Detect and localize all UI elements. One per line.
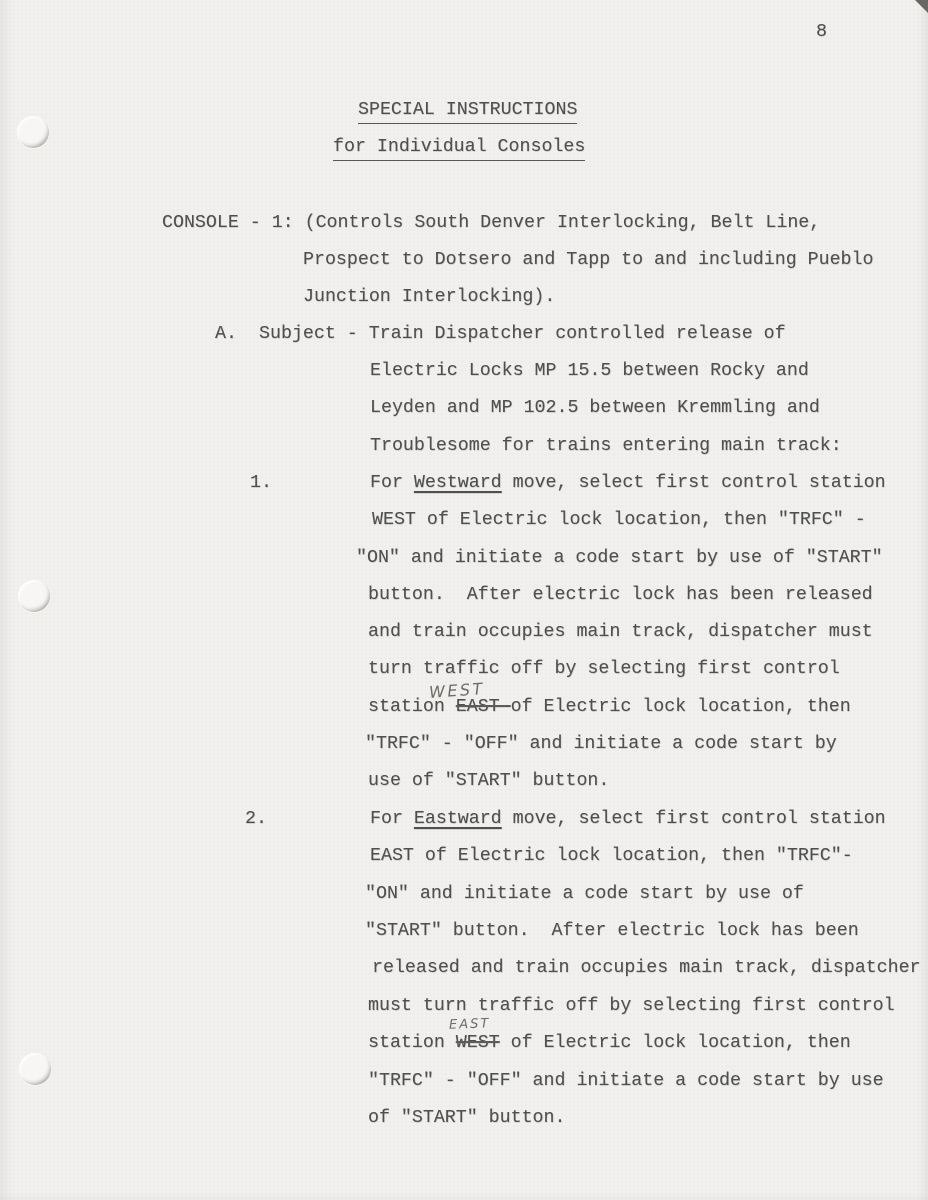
item-2-struck-word: WEST xyxy=(456,1033,500,1053)
item-2-line-1-pre: For xyxy=(370,809,414,829)
item-2-marker: 2. xyxy=(245,810,267,828)
document-subtitle: for Individual Consoles xyxy=(333,138,585,156)
hole-punch xyxy=(18,580,50,612)
page-number: 8 xyxy=(816,23,827,41)
item-1-line-1-pre: For xyxy=(370,473,414,493)
item-1-handwritten-correction: WEST xyxy=(428,679,485,702)
item-2-line-8: "TRFC" - "OFF" and initiate a code start… xyxy=(368,1072,884,1090)
item-1-line-3: "ON" and initiate a code start by use of… xyxy=(356,549,883,567)
item-2-line-7-pre: station xyxy=(368,1033,456,1053)
scan-corner-artifact xyxy=(915,0,928,13)
hole-punch xyxy=(17,116,49,148)
item-2-line-9: of "START" button. xyxy=(368,1109,565,1127)
document-title: SPECIAL INSTRUCTIONS xyxy=(358,101,577,119)
item-2-line-7: station WEST of Electric lock location, … xyxy=(368,1034,851,1052)
hole-punch xyxy=(19,1053,51,1085)
item-1-struck-word: EAST xyxy=(456,697,511,717)
item-2-line-4: "START" button. After electric lock has … xyxy=(365,922,859,940)
item-2-line-1: For Eastward move, select first control … xyxy=(370,810,886,828)
document-subtitle-text: for Individual Consoles xyxy=(333,137,585,161)
section-a-line-4: Troublesome for trains entering main tra… xyxy=(370,437,842,455)
item-1-line-7-post: of Electric lock location, then xyxy=(511,697,851,717)
section-a-marker: A. xyxy=(215,325,237,343)
section-a-line-2: Electric Locks MP 15.5 between Rocky and xyxy=(370,362,809,380)
item-2-line-6: must turn traffic off by selecting first… xyxy=(368,997,895,1015)
console-heading-line-1: CONSOLE - 1: (Controls South Denver Inte… xyxy=(162,214,820,232)
item-1-line-5: and train occupies main track, dispatche… xyxy=(368,623,873,641)
item-2-line-2: EAST of Electric lock location, then "TR… xyxy=(370,847,853,865)
console-heading-line-3: Junction Interlocking). xyxy=(303,288,555,306)
item-1-line-9: use of "START" button. xyxy=(368,772,609,790)
document-title-text: SPECIAL INSTRUCTIONS xyxy=(358,100,577,124)
item-1-line-6: turn traffic off by selecting first cont… xyxy=(368,660,840,678)
section-a-line-1: Subject - Train Dispatcher controlled re… xyxy=(259,325,786,343)
item-2-line-1-post: move, select first control station xyxy=(502,809,886,829)
section-a-line-3: Leyden and MP 102.5 between Kremmling an… xyxy=(370,399,820,417)
item-2-handwritten-correction: EAST xyxy=(449,1016,491,1032)
item-1-marker: 1. xyxy=(250,474,272,492)
item-2-line-3: "ON" and initiate a code start by use of xyxy=(365,885,804,903)
console-heading-line-2: Prospect to Dotsero and Tapp to and incl… xyxy=(303,251,873,269)
item-1-line-2: WEST of Electric lock location, then "TR… xyxy=(372,511,866,529)
scanned-document-page: 8 SPECIAL INSTRUCTIONS for Individual Co… xyxy=(0,0,928,1200)
item-1-line-1-underlined-word: Westward xyxy=(414,473,502,493)
item-1-line-1: For Westward move, select first control … xyxy=(370,474,886,492)
item-1-line-4: button. After electric lock has been rel… xyxy=(368,586,873,604)
item-2-line-1-underlined-word: Eastward xyxy=(414,809,502,829)
item-1-line-1-post: move, select first control station xyxy=(502,473,886,493)
item-2-line-7-post: of Electric lock location, then xyxy=(500,1033,851,1053)
item-1-line-8: "TRFC" - "OFF" and initiate a code start… xyxy=(365,735,837,753)
item-2-line-5: released and train occupies main track, … xyxy=(372,959,921,977)
